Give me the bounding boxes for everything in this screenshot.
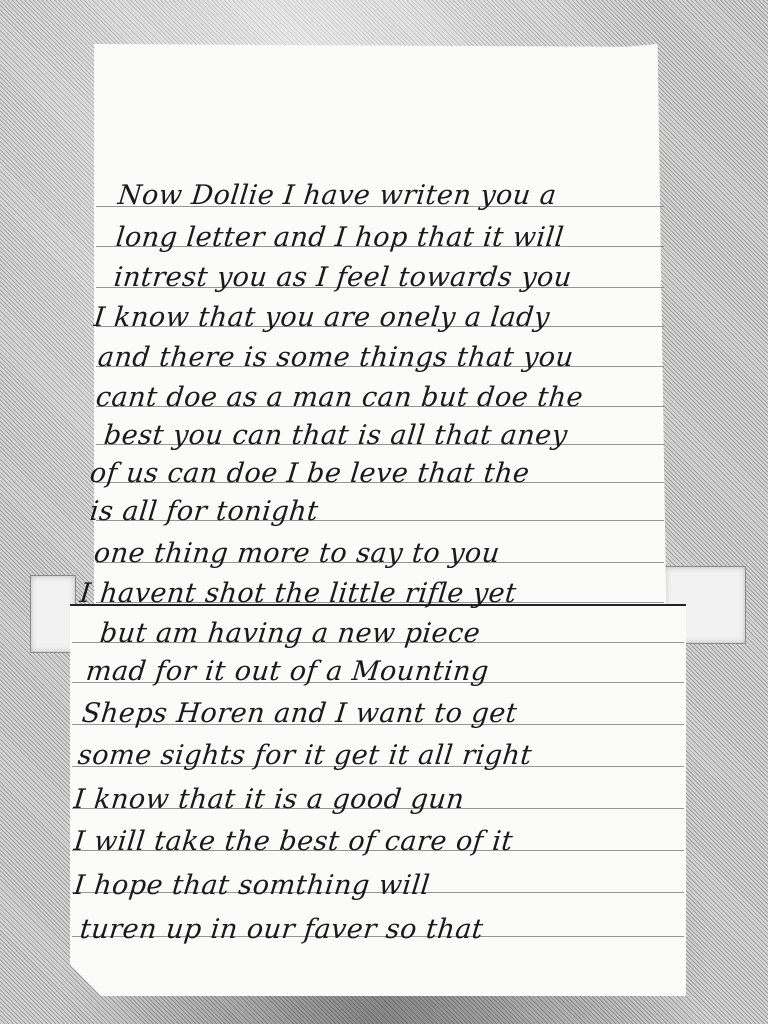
letter-line: Sheps Horen and I want to get	[80, 698, 518, 729]
letter-line: I know that you are onely a lady	[92, 302, 551, 333]
letter-line: I havent shot the little rifle yet	[78, 578, 518, 609]
letter-line: and there is some things that you	[96, 342, 575, 373]
letter-line: of us can doe I be leve that the	[88, 458, 531, 489]
letter-line: intrest you as I feel towards you	[112, 262, 573, 293]
letter-line: is all for tonight	[88, 496, 320, 527]
letter-line: I know that it is a good gun	[72, 784, 466, 815]
letter-line: best you can that is all that aney	[102, 420, 569, 451]
letter-line: turen up in our faver so that	[78, 914, 485, 945]
letter-line: cant doe as a man can but doe the	[94, 382, 584, 413]
letter-line: Now Dollie I have writen you a	[116, 180, 558, 211]
letter-line: I hope that somthing will	[72, 870, 431, 901]
letter-line: mad for it out of a Mounting	[84, 656, 490, 687]
letter-line: I will take the best of care of it	[72, 826, 514, 857]
mounting-tab-left	[30, 575, 76, 653]
letter-line: some sights for it get it all right	[76, 740, 533, 771]
letter-line: long letter and I hop that it will	[114, 222, 565, 253]
letter-line: one thing more to say to you	[92, 538, 501, 569]
letter-line: but am having a new piece	[98, 618, 482, 649]
